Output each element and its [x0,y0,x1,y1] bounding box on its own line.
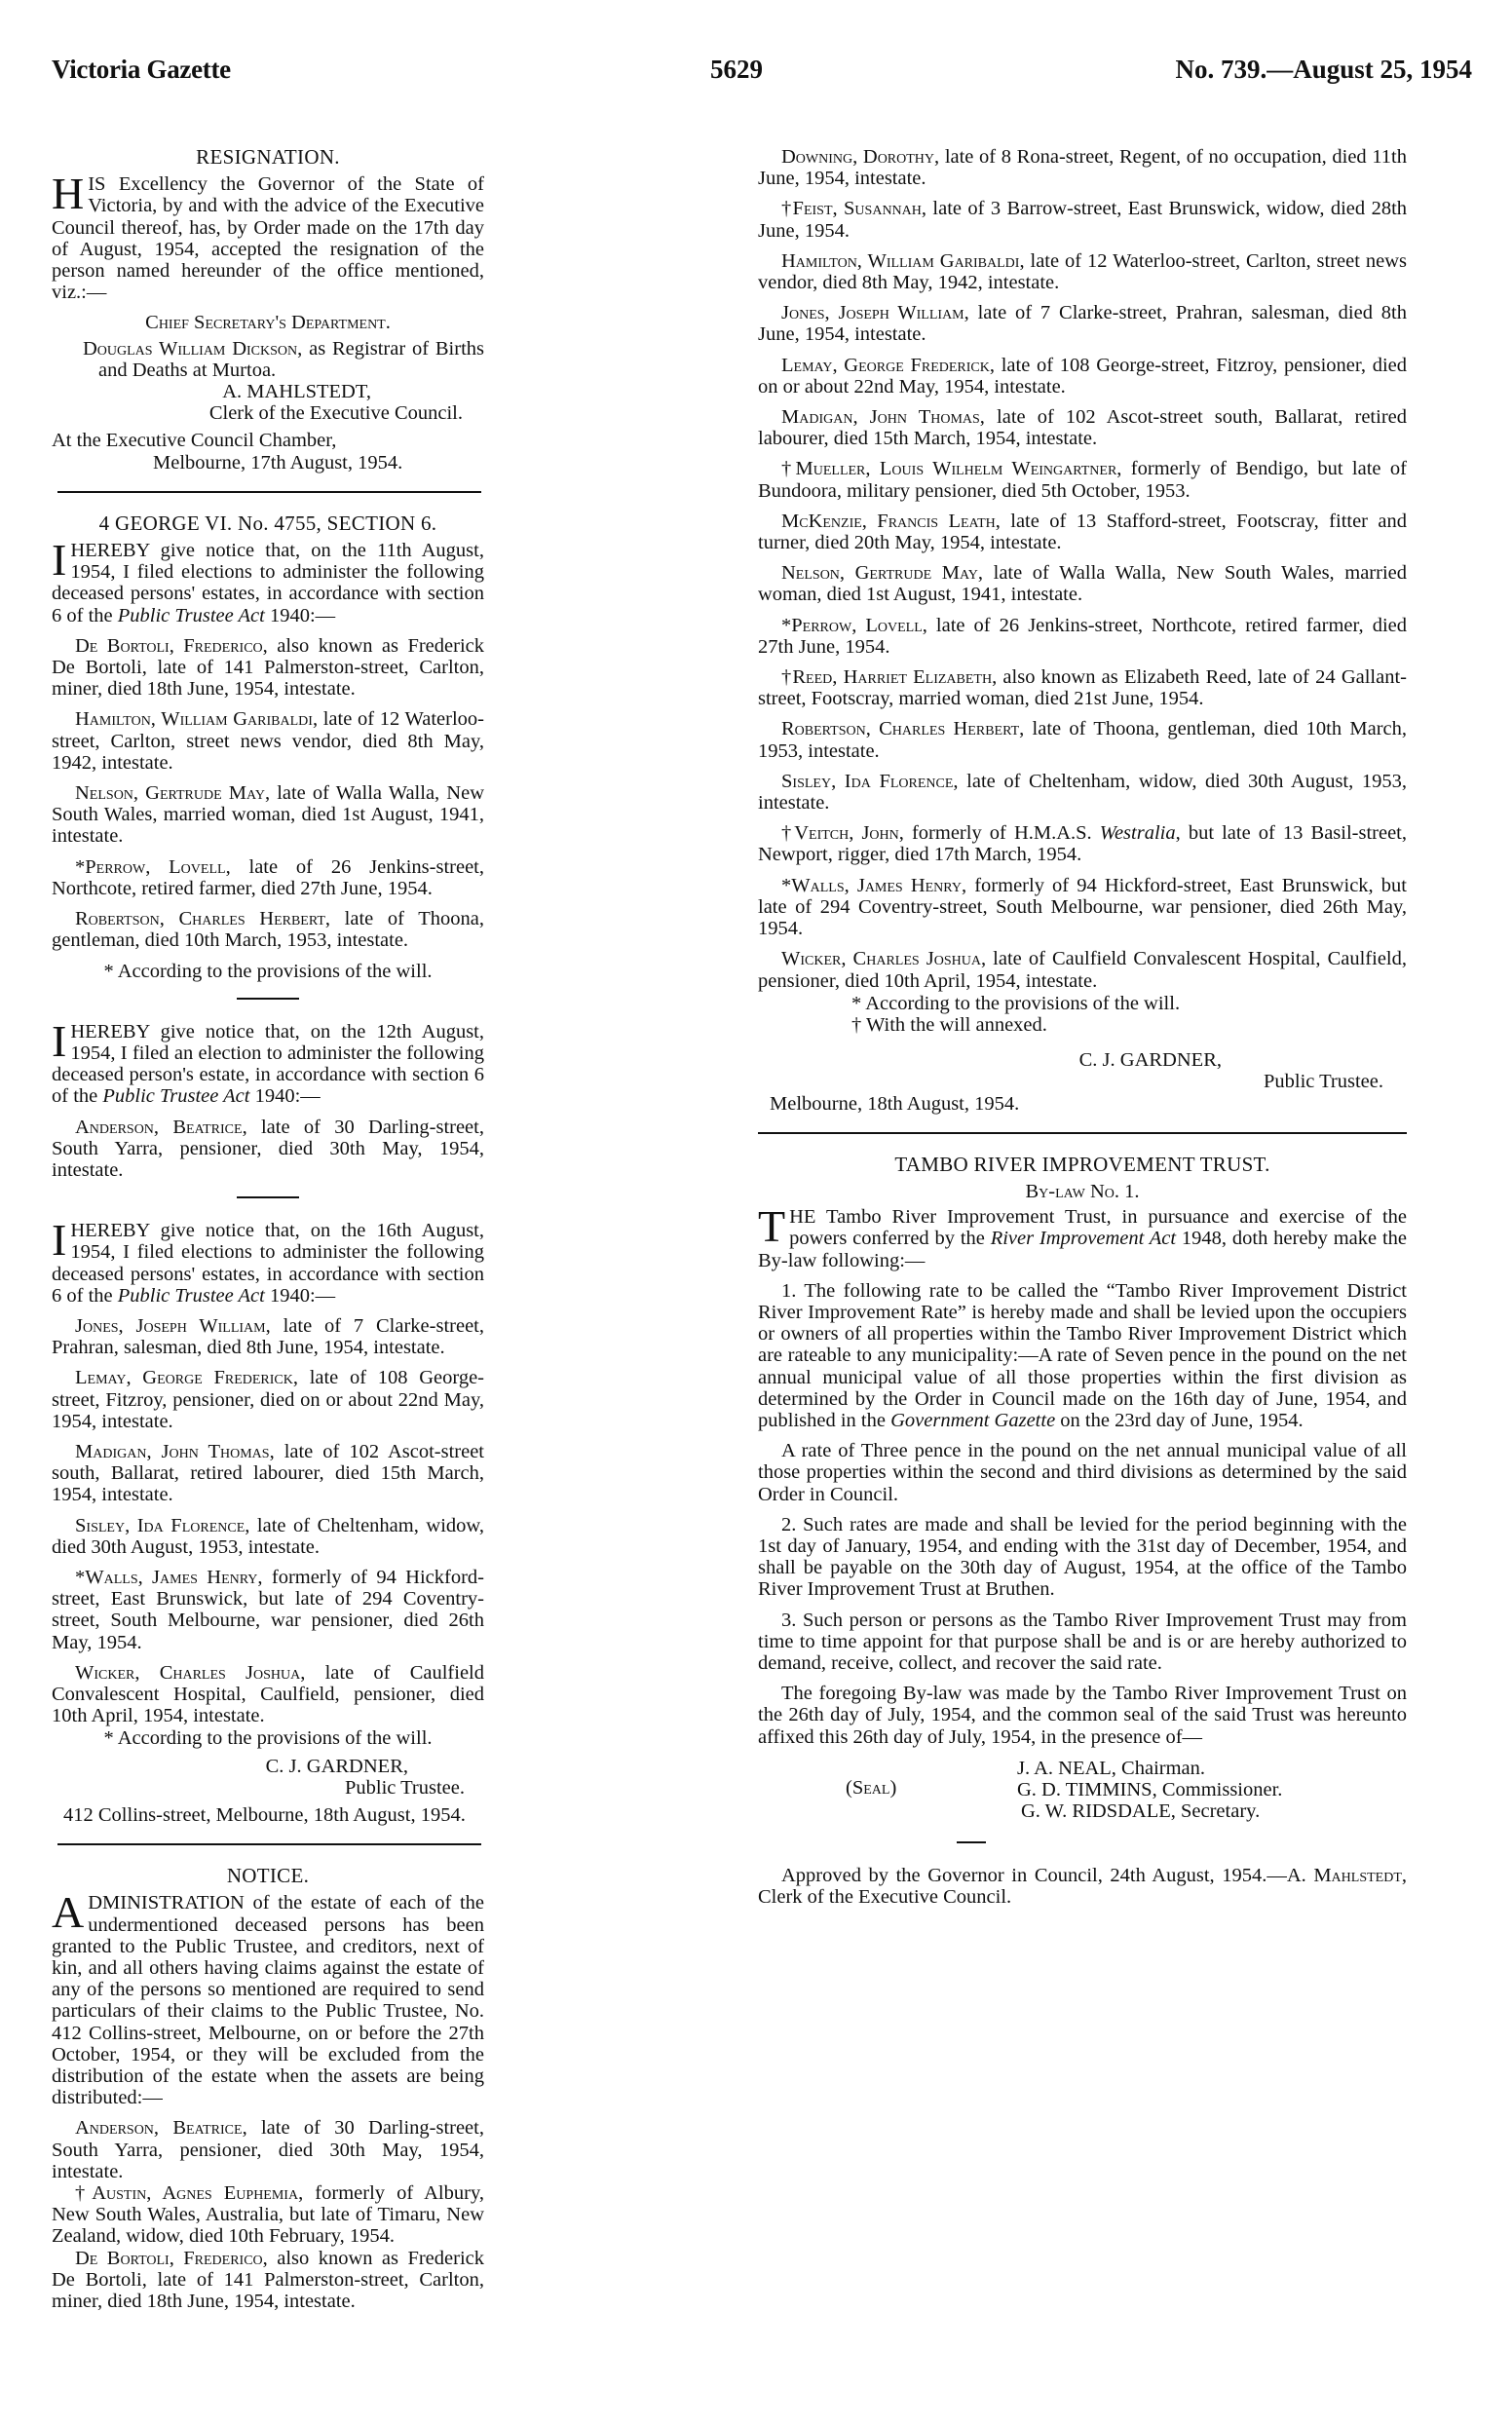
deceased-name: Feist, Susannah [793,198,922,219]
estate-entry: *Perrow, Lovell, late of 26 Jenkins-stre… [52,856,484,899]
notice-entry-list: Anderson, Beatrice, late of 30 Darling-s… [52,2117,484,2312]
administration-notice: NOTICE. ADMINISTRATION of the estate of … [52,1865,484,2312]
resignation-place-line1: At the Executive Council Chamber, [52,430,484,451]
notice2-entry-list: Anderson, Beatrice, late of 30 Darling-s… [52,1117,484,1182]
estate-entry: McKenzie, Francis Leath, late of 13 Staf… [758,511,1407,553]
deceased-name: Nelson, Gertrude May [75,782,265,804]
notice3-signatory: C. J. GARDNER, [52,1756,484,1777]
notice3-footnote: * According to the provisions of the wil… [52,1727,484,1749]
resignation-intro: HIS Excellency the Governor of the State… [52,173,484,303]
signatory-chairman: J. A. NEAL, Chairman. [1017,1758,1282,1779]
deceased-name: Robertson, Charles Herbert [75,908,325,929]
deceased-name: Perrow, Lovell [791,615,923,636]
estate-entry: Hamilton, William Garibaldi, late of 12 … [52,708,484,774]
notice-continued-entry-list: Downing, Dorothy, late of 8 Rona-street,… [758,146,1407,992]
tambo-clause-1b: A rate of Three pence in the pound on th… [758,1440,1407,1505]
notice3-place: 412 Collins-street, Melbourne, 18th Augu… [52,1804,484,1826]
deceased-name: Hamilton, William Garibaldi [781,250,1019,272]
estate-entry: †Austin, Agnes Euphemia, formerly of Alb… [52,2182,484,2248]
estate-entry: De Bortoli, Frederico, also known as Fre… [52,635,484,701]
estate-entry: Jones, Joseph William, late of 7 Clarke-… [52,1315,484,1358]
deceased-name: Wicker, Charles Joshua [781,948,981,969]
deceased-name: De Bortoli, Frederico [75,2248,263,2269]
deceased-name: Anderson, Beatrice [75,2117,243,2139]
notice1-entry-list: De Bortoli, Frederico, also known as Fre… [52,635,484,952]
page-header: Victoria Gazette 5629 No. 739.—August 25… [52,55,1472,94]
deceased-name: Sisley, Ida Florence [781,771,953,792]
deceased-name: McKenzie, Francis Leath [781,511,996,532]
deceased-name: Madigan, John Thomas [75,1441,270,1462]
tambo-clause-2: 2. Such rates are made and shall be levi… [758,1514,1407,1601]
estate-entry: Nelson, Gertrude May, late of Walla Wall… [52,782,484,848]
section-divider [57,1843,481,1845]
asterisk-marker: * [75,856,85,878]
dagger-marker: † [781,666,792,688]
resignation-notice: RESIGNATION. HIS Excellency the Governor… [52,146,484,474]
deceased-name: Downing, Dorothy [781,146,934,168]
dropcap: I [52,1222,66,1259]
deceased-name: Nelson, Gertrude May [781,562,978,584]
asterisk-marker: * [781,875,791,896]
estate-entry: Anderson, Beatrice, late of 30 Darling-s… [52,2117,484,2182]
issue-date: No. 739.—August 25, 1954 [1175,55,1472,85]
dropcap: H [52,175,84,212]
estate-entry: Nelson, Gertrude May, late of Walla Wall… [758,562,1407,605]
deceased-name: Veitch, John [794,822,899,844]
tambo-clause-1: 1. The following rate to be called the “… [758,1280,1407,1431]
section6-title: 4 GEORGE VI. No. 4755, SECTION 6. [52,512,484,534]
tambo-foregoing: The foregoing By-law was made by the Tam… [758,1683,1407,1748]
deceased-name: Lemay, George Frederick [75,1367,293,1388]
deceased-name: Perrow, Lovell [85,856,225,878]
estate-entry: †Feist, Susannah, late of 3 Barrow-stree… [758,198,1407,241]
estate-entry: Lemay, George Frederick, late of 108 Geo… [758,355,1407,398]
dagger-marker: † [781,822,794,844]
short-divider [237,998,299,1000]
deceased-name: Lemay, George Frederick [781,355,990,376]
notice-title: NOTICE. [52,1865,484,1886]
tambo-intro: THE Tambo River Improvement Trust, in pu… [758,1206,1407,1271]
estate-entry: *Perrow, Lovell, late of 26 Jenkins-stre… [758,615,1407,658]
tambo-bylaw: TAMBO RIVER IMPROVEMENT TRUST. By-law No… [758,1154,1407,1908]
signatory-secretary: G. W. RIDSDALE, Secretary. [1017,1800,1282,1822]
tambo-approval: Approved by the Governor in Council, 24t… [758,1865,1407,1908]
estate-entry: *Walls, James Henry, formerly of 94 Hick… [758,875,1407,940]
estate-entry: Lemay, George Frederick, late of 108 Geo… [52,1367,484,1432]
section-divider [758,1132,1407,1134]
dropcap: I [52,542,66,579]
deceased-name: Jones, Joseph William [781,302,964,323]
department-heading: Chief Secretary's Department. [52,312,484,333]
resignation-person: Douglas William Dickson, as Registrar of… [52,338,484,381]
asterisk-marker: * [75,1567,85,1588]
administration-notice-continued: Downing, Dorothy, late of 8 Rona-street,… [758,146,1407,1115]
page-number: 5629 [710,55,763,85]
footnote-dagger: † With the will annexed. [758,1014,1407,1036]
tambo-title: TAMBO RIVER IMPROVEMENT TRUST. [758,1154,1407,1175]
publication-title: Victoria Gazette [52,55,231,85]
deceased-name: Walls, James Henry [85,1567,257,1588]
short-divider [957,1841,986,1843]
notice-intro: ADMINISTRATION of the estate of each of … [52,1892,484,2108]
deceased-name: Jones, Joseph William [75,1315,266,1337]
estate-entry: Madigan, John Thomas, late of 102 Ascot-… [758,406,1407,449]
deceased-name: Sisley, Ida Florence [75,1515,245,1536]
notice3-entry-list: Jones, Joseph William, late of 7 Clarke-… [52,1315,484,1726]
estate-entry: Wicker, Charles Joshua, late of Caulfiel… [52,1662,484,1727]
signatory-commissioner: G. D. TIMMINS, Commissioner. [1017,1779,1282,1800]
notice3-intro: I HEREBY give notice that, on the 16th A… [52,1220,484,1307]
section-divider [57,491,481,493]
notice-signatory-title: Public Trustee. [758,1071,1407,1092]
deceased-name: De Bortoli, Frederico [75,635,263,657]
deceased-name: Robertson, Charles Herbert [781,718,1019,739]
dagger-marker: † [75,2182,92,2204]
estate-entry: Robertson, Charles Herbert, late of Thoo… [52,908,484,951]
estate-entry: Sisley, Ida Florence, late of Cheltenham… [758,771,1407,814]
asterisk-marker: * [781,615,791,636]
deceased-name: Madigan, John Thomas [781,406,980,428]
tambo-clause-3: 3. Such person or persons as the Tambo R… [758,1610,1407,1675]
notice3-signatory-title: Public Trustee. [52,1777,484,1799]
estate-entry: Sisley, Ida Florence, late of Cheltenham… [52,1515,484,1558]
footnote-star: * According to the provisions of the wil… [758,993,1407,1014]
seal-signatory-list: J. A. NEAL, Chairman. G. D. TIMMINS, Com… [1017,1758,1282,1823]
section6-notices: 4 GEORGE VI. No. 4755, SECTION 6. I HERE… [52,512,484,1826]
deceased-name: Walls, James Henry [791,875,962,896]
dropcap: I [52,1023,66,1060]
estate-entry: Jones, Joseph William, late of 7 Clarke-… [758,302,1407,345]
deceased-name: Anderson, Beatrice [75,1117,243,1138]
resignation-place-line2: Melbourne, 17th August, 1954. [52,452,484,474]
deceased-name: Hamilton, William Garibaldi [75,708,313,730]
estate-entry: †Reed, Harriet Elizabeth, also known as … [758,666,1407,709]
resignation-title: RESIGNATION. [52,146,484,168]
estate-entry: Hamilton, William Garibaldi, late of 12 … [758,250,1407,293]
estate-entry: †Veitch, John, formerly of H.M.A.S. West… [758,822,1407,865]
estate-entry: Wicker, Charles Joshua, late of Caulfiel… [758,948,1407,991]
estate-entry: De Bortoli, Frederico, also known as Fre… [52,2248,484,2313]
notice1-intro: I HEREBY give notice that, on the 11th A… [52,540,484,626]
deceased-name: Wicker, Charles Joshua [75,1662,300,1684]
tambo-subtitle: By-law No. 1. [758,1181,1407,1202]
estate-entry: Madigan, John Thomas, late of 102 Ascot-… [52,1441,484,1506]
deceased-name: Mueller, Louis Wilhelm Weingartner [796,458,1117,479]
notice1-footnote: * According to the provisions of the wil… [52,961,484,982]
estate-entry: Robertson, Charles Herbert, late of Thoo… [758,718,1407,761]
dagger-marker: † [781,458,796,479]
right-column: Downing, Dorothy, late of 8 Rona-street,… [758,146,1407,1916]
notice-place: Melbourne, 18th August, 1954. [758,1093,1407,1115]
estate-entry: Downing, Dorothy, late of 8 Rona-street,… [758,146,1407,189]
seal-label: (Seal) [846,1777,896,1799]
seal-signatures: (Seal) J. A. NEAL, Chairman. G. D. TIMMI… [758,1758,1407,1828]
short-divider [237,1196,299,1198]
deceased-name: Austin, Agnes Euphemia [92,2182,298,2204]
notice-signatory: C. J. GARDNER, [758,1049,1407,1071]
notice2-intro: I HEREBY give notice that, on the 12th A… [52,1021,484,1108]
resignation-signatory: A. MAHLSTEDT, [52,381,484,402]
left-column: RESIGNATION. HIS Excellency the Governor… [52,146,484,2312]
dagger-marker: † [781,198,793,219]
estate-entry: *Walls, James Henry, formerly of 94 Hick… [52,1567,484,1653]
dropcap: T [758,1208,785,1245]
estate-entry: Anderson, Beatrice, late of 30 Darling-s… [52,1117,484,1182]
resignation-signatory-title: Clerk of the Executive Council. [52,402,484,424]
deceased-name: Reed, Harriet Elizabeth [792,666,992,688]
dropcap: A [52,1894,84,1931]
estate-entry: †Mueller, Louis Wilhelm Weingartner, for… [758,458,1407,501]
